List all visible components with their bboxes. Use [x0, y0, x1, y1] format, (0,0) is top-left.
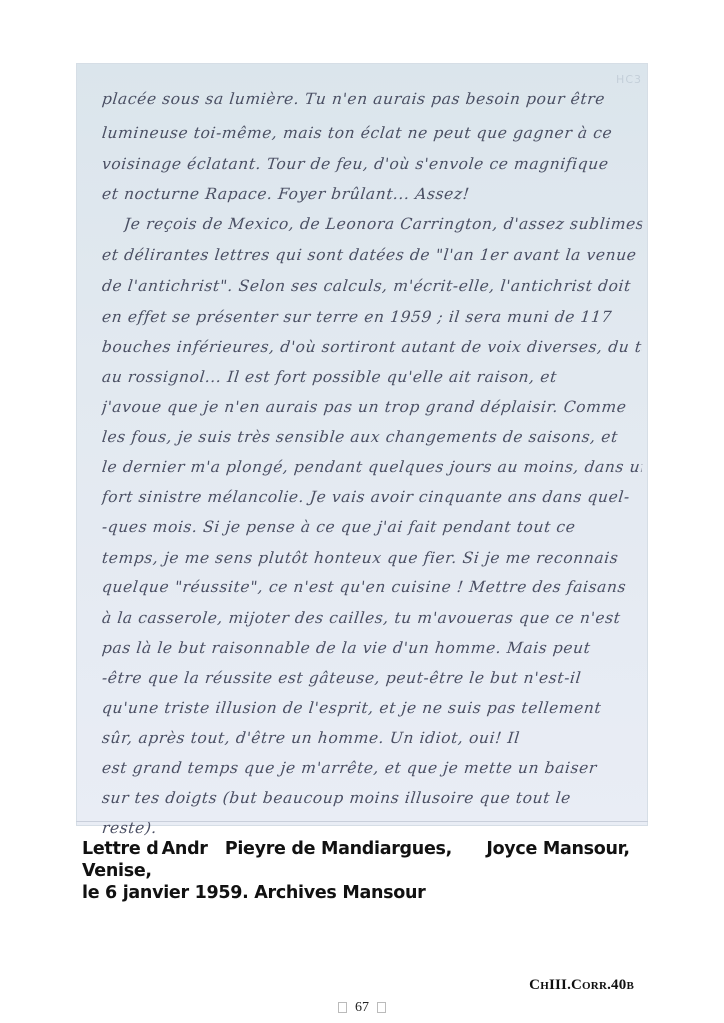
- letter-line: sûr, après tout, d'être un homme. Un idi…: [101, 729, 643, 747]
- figure-caption: Lettre d Andr Pieyre de Mandiargues, Joy…: [82, 838, 642, 904]
- letter-line: au rossignol... Il est fort possible qu'…: [101, 368, 643, 386]
- letter-line: le dernier m'a plongé, pendant quelques …: [101, 458, 643, 476]
- letter-line: placée sous sa lumière. Tu n'en aurais p…: [101, 90, 643, 108]
- letter-line: et nocturne Rapace. Foyer brûlant... Ass…: [101, 185, 643, 203]
- letter-line: Je reçois de Mexico, de Leonora Carringt…: [123, 215, 643, 233]
- letter-line: j'avoue que je n'en aurais pas un trop g…: [101, 398, 643, 416]
- reference-code: ChIII.Corr.40b: [529, 977, 634, 994]
- page-number: 67: [355, 1000, 369, 1015]
- letter-line: lumineuse toi-même, mais ton éclat ne pe…: [101, 124, 643, 142]
- letter-line: quelque "réussite", ce n'est qu'en cuisi…: [101, 578, 643, 596]
- letter-line: pas là le but raisonnable de la vie d'un…: [101, 639, 643, 657]
- letter-line: sur tes doigts (but beaucoup moins illus…: [101, 789, 643, 807]
- letter-line: en effet se présenter sur terre en 1959 …: [101, 308, 643, 326]
- page-footer: 67: [0, 1000, 724, 1016]
- letter-scan: HC3 placée sous sa lumière. Tu n'en aura…: [76, 63, 648, 826]
- caption-line-1: Lettre d Andr Pieyre de Mandiargues, Joy…: [82, 838, 642, 882]
- letter-line: à la casserole, mijoter des cailles, tu …: [101, 609, 643, 627]
- letter-line: voisinage éclatant. Tour de feu, d'où s'…: [101, 155, 643, 173]
- missing-glyph-icon: [377, 1002, 386, 1013]
- caption-line-2: le 6 janvier 1959. Archives Mansour: [82, 882, 642, 904]
- letter-line: qu'une triste illusion de l'esprit, et j…: [101, 699, 643, 717]
- letter-line: est grand temps que je m'arrête, et que …: [101, 759, 643, 777]
- letter-line: et délirantes lettres qui sont datées de…: [101, 246, 643, 264]
- letter-line: -être que la réussite est gâteuse, peut-…: [101, 669, 643, 687]
- letter-line: reste).: [101, 819, 643, 837]
- letter-line: de l'antichrist". Selon ses calculs, m'é…: [101, 277, 643, 295]
- letter-line: les fous, je suis très sensible aux chan…: [101, 428, 643, 446]
- archive-stamp: HC3: [616, 73, 642, 86]
- missing-glyph-icon: [338, 1002, 347, 1013]
- letter-line: bouches inférieures, d'où sortiront auta…: [101, 338, 643, 356]
- letter-line: fort sinistre mélancolie. Je vais avoir …: [101, 488, 643, 506]
- letter-line: temps, je me sens plutôt honteux que fie…: [101, 549, 643, 567]
- letter-line: -ques mois. Si je pense à ce que j'ai fa…: [101, 518, 643, 536]
